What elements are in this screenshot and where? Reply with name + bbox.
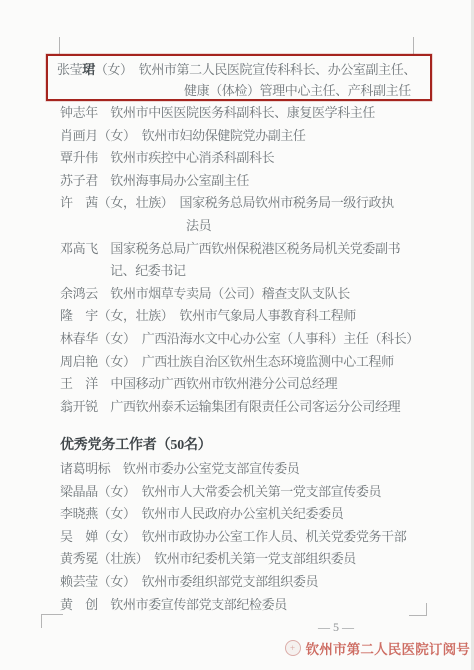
- highlighted-name-bold-char: 珺: [82, 62, 95, 77]
- margin-mark-top-right: [413, 37, 414, 54]
- roster-top: 钟志年 钦州市中医医院医务科副科长、康复医学科主任肖画月（女） 钦州市妇幼保健院…: [60, 102, 419, 418]
- document-page: 张莹珺（女） 钦州市第二人民医院宣传科科长、办公室副主任、 健康（体检）管理中心…: [0, 0, 474, 670]
- margin-mark-bottom-right-v: [426, 603, 427, 616]
- roster-line: 肖画月（女） 钦州市妇幼保健院党办副主任: [60, 125, 419, 148]
- roster-party: 诸葛明标 钦州市委办公室党支部宣传委员梁晶晶（女） 钦州市人大常委会机关第一党支…: [60, 458, 406, 616]
- highlighted-name-prefix: 张莹: [57, 62, 82, 77]
- roster-line: 黄秀冕（壮族） 钦州市纪委机关第一党支部组织委员: [60, 548, 406, 571]
- roster-line: 梁晶晶（女） 钦州市人大常委会机关第一党支部宣传委员: [60, 481, 406, 504]
- watermark: + 钦州市第二人民医院订阅号: [285, 638, 470, 658]
- roster-line: 苏子君 钦州海事局办公室副主任: [60, 170, 419, 193]
- roster-line: 法员: [60, 215, 419, 238]
- roster-line: 王 洋 中国移动广西钦州市钦州港分公司总经理: [60, 373, 419, 396]
- roster-line: 李晓燕（女） 钦州市人民政府办公室机关纪委委员: [60, 503, 406, 526]
- roster-line: 邓高飞 国家税务总局广西钦州保税港区税务局机关党委副书: [60, 238, 419, 261]
- highlighted-entry-rest: （女） 钦州市第二人民医院宣传科科长、办公室副主任、: [95, 62, 416, 77]
- roster-line: 吴 婵（女） 钦州市政协办公室工作人员、机关党委党务干部: [60, 526, 406, 549]
- roster-line: 翁开锐 广西钦州泰禾运输集团有限责任公司客运分公司经理: [60, 396, 419, 419]
- highlight-box: 张莹珺（女） 钦州市第二人民医院宣传科科长、办公室副主任、 健康（体检）管理中心…: [46, 54, 432, 101]
- watermark-label: 钦州市第二人民医院订阅号: [306, 638, 470, 658]
- roster-line: 隆 宇（女，壮族） 钦州市气象局人事教育科工程师: [60, 305, 419, 328]
- hospital-logo-icon: +: [285, 640, 301, 656]
- margin-mark-top-left: [59, 37, 60, 54]
- roster-line: 赖芸莹（女） 钦州市委组织部党支部组织委员: [60, 571, 406, 594]
- highlighted-entry-line1: 张莹珺（女） 钦州市第二人民医院宣传科科长、办公室副主任、: [57, 59, 430, 80]
- margin-mark-bottom-right: [409, 615, 427, 616]
- roster-line: 周启艳（女） 广西壮族自治区钦州生态环境监测中心工程师: [60, 351, 419, 374]
- page-number: — 5 —: [300, 620, 372, 635]
- highlighted-entry-line2: 健康（体检）管理中心主任、产科副主任: [57, 80, 430, 101]
- margin-mark-bottom-left-v: [41, 614, 42, 628]
- roster-line: 林春华（女） 广西沿海水文中心办公室（人事科）主任（科长）: [60, 328, 419, 351]
- roster-line: 记、纪委书记: [60, 260, 419, 283]
- roster-line: 余鸿云 钦州市烟草专卖局（公司）稽查支队支队长: [60, 283, 419, 306]
- roster-line: 黄 创 钦州市委宣传部党支部纪检委员: [60, 594, 406, 617]
- roster-line: 覃升伟 钦州市疾控中心消杀科副科长: [60, 147, 419, 170]
- roster-line: 许 茜（女，壮族） 国家税务总局钦州市税务局一级行政执: [60, 192, 419, 215]
- section-heading: 优秀党务工作者（50名）: [60, 435, 212, 457]
- roster-line: 钟志年 钦州市中医医院医务科副科长、康复医学科主任: [60, 102, 419, 125]
- roster-line: 诸葛明标 钦州市委办公室党支部宣传委员: [60, 458, 406, 481]
